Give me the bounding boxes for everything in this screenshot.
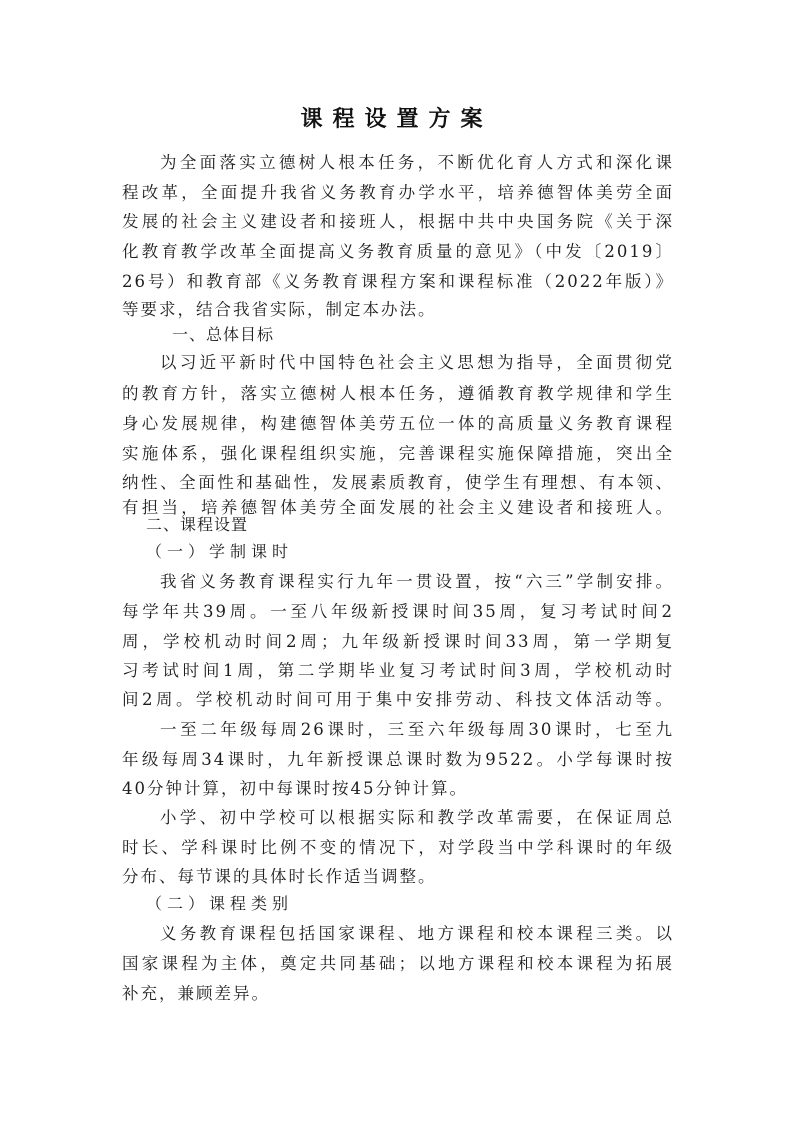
section1-line: 纳性、全面性和基础性，发展素质教育，使学生有理想、有本领、 [122,471,674,495]
sub2-para1-line: 补充，兼顾差异。 [122,982,674,1006]
sub1-para1-line: 我省义务教育课程实行九年一贯设置，按“六三”学制安排。 [160,570,674,594]
section-heading-overall-goals: 一、总体目标 [172,324,274,346]
sub2-para1-line: 国家课程为主体，奠定共同基础；以地方课程和校本课程为拓展 [122,952,674,976]
intro-line: 为全面落实立德树人根本任务，不断优化育人方式和深化课 [160,151,674,175]
intro-line: 发展的社会主义建设者和接班人，根据中共中央国务院《关于深 [122,210,674,234]
intro-line: 26号）和教育部《义务教育课程方案和课程标准（2022年版）》 [122,270,674,294]
intro-line: 等要求，结合我省实际，制定本办法。 [122,298,674,322]
sub1-para3-line: 小学、初中学校可以根据实际和教学改革需要，在保证周总 [160,806,674,830]
intro-line: 程改革，全面提升我省义务教育办学水平，培养德智体美劳全面 [122,181,674,205]
sub1-para2-line: 年级每周34课时，九年新授课总课时数为9522。小学每课时按 [122,748,674,772]
section1-line: 实施体系，强化课程组织实施，完善课程实施保障措施，突出全 [122,442,674,466]
section1-line: 的教育方针，落实立德树人根本任务，遵循教育教学规律和学生 [122,382,674,406]
document-title: 课程设置方案 [0,102,793,133]
sub2-para1-line: 义务教育课程包括国家课程、地方课程和校本课程三类。以 [160,922,674,946]
sub1-para1-line: 周，学校机动时间2周；九年级新授课时间33周，第一学期复 [122,630,674,654]
sub1-para1-line: 间2周。学校机动时间可用于集中安排劳动、科技文体活动等。 [122,688,674,712]
sub1-para2-line: 40分钟计算，初中每课时按45分钟计算。 [122,777,674,801]
sub1-para3-line: 时长、学科课时比例不变的情况下，对学段当中学科课时的年级 [122,836,674,860]
section1-line: 以习近平新时代中国特色社会主义思想为指导，全面贯彻党 [160,351,674,375]
sub1-para1-line: 每学年共39周。一至八年级新授课时间35周，复习考试时间2 [122,600,674,624]
section-heading-curriculum-setup: 二、课程设置 [146,514,248,536]
document-page: 课程设置方案 为全面落实立德树人根本任务，不断优化育人方式和深化课 程改革，全面… [0,0,793,1122]
sub1-para3-line: 分布、每节课的具体时长作适当调整。 [122,865,674,889]
subsection-heading-curriculum-categories: （二）课程类别 [146,893,293,915]
intro-line: 化教育教学改革全面提高义务教育质量的意见》（中发〔2019〕 [122,240,674,264]
sub1-para2-line: 一至二年级每周26课时，三至六年级每周30课时，七至九 [160,718,674,742]
subsection-heading-schooling-hours: （一）学制课时 [146,541,293,563]
section1-line: 身心发展规律，构建德智体美劳五位一体的高质量义务教育课程 [122,412,674,436]
sub1-para1-line: 习考试时间1周，第二学期毕业复习考试时间3周，学校机动时 [122,659,674,683]
